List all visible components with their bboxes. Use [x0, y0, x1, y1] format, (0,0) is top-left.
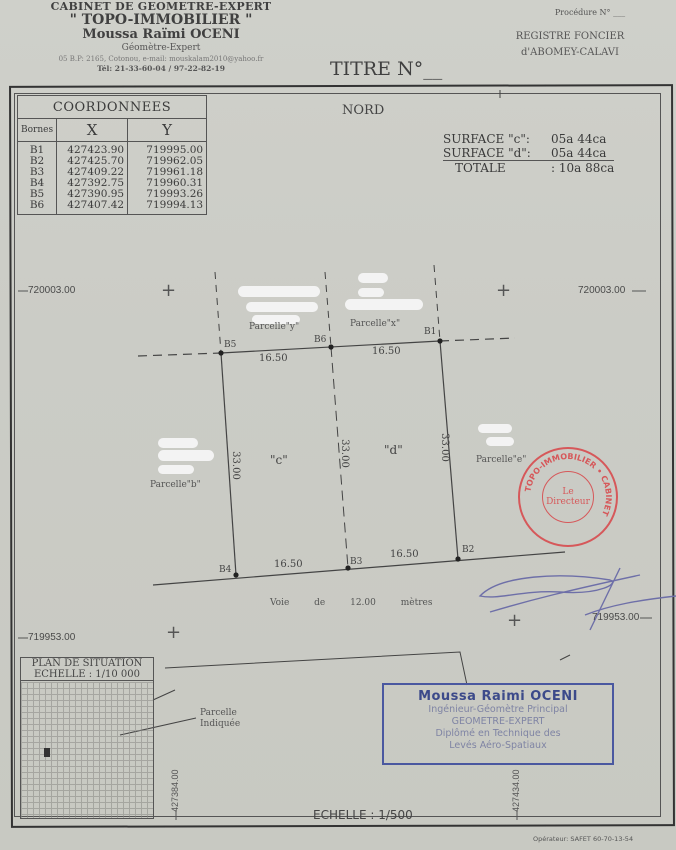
parcel-indicated-label: Parcelle Indiquée [200, 708, 250, 730]
redaction [486, 437, 514, 446]
redaction [158, 438, 198, 448]
redaction [358, 288, 384, 297]
dim-left-side: 33.00 [230, 451, 241, 480]
dim-middle: 33.00 [339, 439, 350, 468]
grid-cross-icon: + [496, 280, 511, 301]
redaction [238, 286, 320, 297]
neighbour-parcel-e: Parcelle"e" [476, 455, 526, 465]
grid-cross-icon: + [166, 622, 181, 643]
lot-d-label: "d" [384, 443, 403, 457]
operator-info: Opérateur: SAFET 60-70-13-54 [533, 835, 633, 843]
dim-b6-b1: 16.50 [372, 346, 401, 357]
cachet-name: Moussa Raimi OCENI [384, 689, 612, 704]
grid-cross-icon: + [161, 280, 176, 301]
situation-plan: PLAN DE SITUATION ECHELLE : 1/10 000 [20, 657, 154, 819]
borne-b5: B5 [224, 340, 236, 350]
neighbour-parcel-y: Parcelle"y" [249, 322, 299, 332]
borne-b6: B6 [314, 335, 326, 345]
redaction [358, 273, 388, 283]
grid-y-bottom-left: 719953.00 [28, 632, 75, 643]
cabinet-stamp: TOPO-IMMOBILIER • CABINET Le Directeur [518, 447, 618, 547]
redaction [246, 302, 318, 312]
grid-cross-icon: + [507, 610, 522, 631]
borne-b2: B2 [462, 545, 474, 555]
borne-b1: B1 [424, 327, 436, 337]
road-label: Voie de 12.00 mètres [270, 598, 432, 608]
neighbour-parcel-b: Parcelle"b" [150, 480, 201, 490]
borne-b4: B4 [219, 565, 231, 575]
grid-y-bottom-right: 719953.00 [592, 612, 639, 623]
stamp-center: Le Directeur [542, 471, 594, 523]
survey-document: CABINET DE GEOMETRE-EXPERT " TOPO-IMMOBI… [0, 0, 676, 850]
dim-right-side: 33.00 [439, 433, 450, 462]
redaction [158, 465, 194, 474]
surveyor-cachet: Moussa Raimi OCENI Ingénieur-Géomètre Pr… [382, 683, 614, 765]
dim-b5-b6: 16.50 [259, 353, 288, 364]
dim-b4-b3: 16.50 [274, 559, 303, 570]
redaction [158, 450, 214, 461]
situation-title: PLAN DE SITUATION ECHELLE : 1/10 000 [21, 658, 153, 681]
situation-map-grid [21, 682, 153, 818]
redaction [478, 424, 512, 433]
grid-y-top-left: 720003.00 [28, 285, 75, 296]
plan-scale: ECHELLE : 1/500 [313, 808, 413, 822]
grid-x-left: 427384.00 [170, 769, 180, 812]
grid-y-top-right: 720003.00 [578, 285, 625, 296]
grid-x-right: 427434.00 [511, 769, 521, 812]
dim-b3-b2: 16.50 [390, 549, 419, 560]
lot-c-label: "c" [270, 453, 288, 467]
redaction [345, 299, 423, 310]
parcel-marker [44, 748, 50, 757]
borne-b3: B3 [350, 557, 362, 567]
neighbour-parcel-x: Parcelle"x" [350, 319, 400, 329]
